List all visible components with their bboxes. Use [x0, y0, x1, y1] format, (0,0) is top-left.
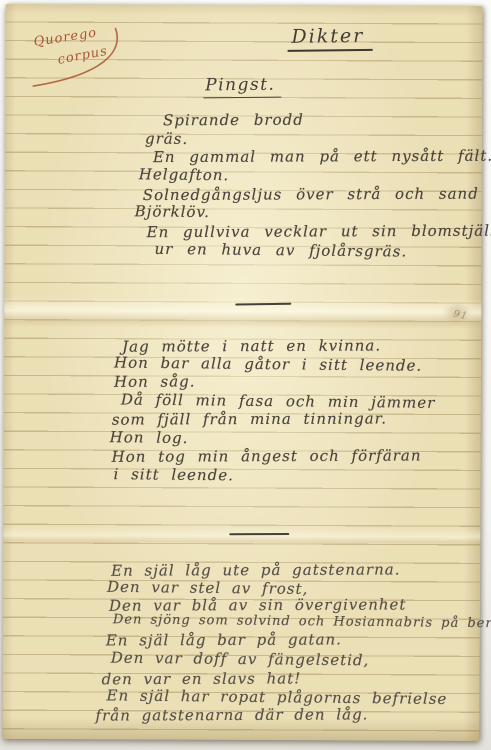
- poem-3: En själ låg ute på gatstenarna. Den var …: [2, 4, 482, 741]
- poem-line: den var en slavs hat!: [102, 669, 302, 688]
- poem-line: från gatstenarna där den låg.: [95, 705, 368, 724]
- poem-line: Den var doff av fängelsetid,: [111, 649, 370, 670]
- manuscript-page: Quorego corpus Dikter Pingst. Spirande b…: [2, 4, 482, 741]
- poem-line: En själ har ropat plågornas befrielse: [106, 686, 447, 708]
- poem-line: Den var stel av frost,: [107, 578, 308, 598]
- poem-line: En själ låg bar på gatan.: [106, 630, 342, 649]
- poem-line: En själ låg ute på gatstenarna.: [111, 560, 400, 579]
- poem-line: Den sjöng som solvind och Hosiannabris p…: [113, 612, 491, 631]
